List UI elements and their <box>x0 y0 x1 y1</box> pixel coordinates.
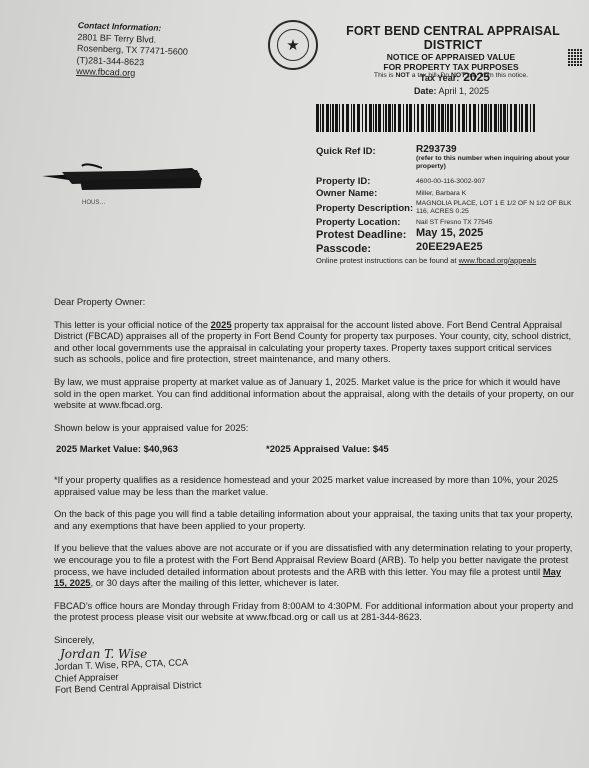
quick-ref-row: Quick Ref ID: R293739 (refer to this num… <box>316 146 586 172</box>
deadline-row: Protest Deadline: May 15, 2025 <box>316 229 586 241</box>
paragraph-office-hours: FBCAD’s office hours are Monday through … <box>54 600 574 623</box>
org-title: FORT BEND CENTRAL APPRAISAL DISTRICT <box>324 24 582 52</box>
barcode-icon <box>316 104 536 132</box>
online-protest-instructions: Online protest instructions can be found… <box>316 256 586 265</box>
description-row: Property Description: MAGNOLIA PLACE, LO… <box>316 200 586 217</box>
paragraph-shown-below: Shown below is your appraised value for … <box>54 422 574 434</box>
notice-date: Date: April 1, 2025 <box>414 86 489 96</box>
market-value: 2025 Market Value: $40,963 <box>56 444 266 456</box>
district-seal-icon: ★ <box>268 20 318 70</box>
redacted-address-tail: HOUS… <box>82 200 105 206</box>
tax-year: Tax Year:2025 <box>420 70 490 84</box>
paragraph-protest: If you believe that the values above are… <box>54 542 574 588</box>
description-label: Property Description: <box>316 200 416 214</box>
paragraph-market-value: By law, we must appraise property at mar… <box>54 376 574 411</box>
property-info: Quick Ref ID: R293739 (refer to this num… <box>316 146 586 265</box>
owner-value: Miller, Barbara K <box>416 188 466 200</box>
contact-website-link[interactable]: www.fbcad.org <box>76 66 187 81</box>
paragraph-back-of-page: On the back of this page you will find a… <box>54 508 574 531</box>
quick-ref-note: (refer to this number when inquiring abo… <box>416 155 586 172</box>
paragraph-notice: This letter is your official notice of t… <box>54 319 574 365</box>
contact-information: Contact Information: 2801 BF Terry Blvd.… <box>76 20 189 81</box>
property-id-value: 4600-00-116-3002-907 <box>416 176 485 188</box>
passcode-label: Passcode: <box>316 243 416 255</box>
appraisal-notice-page: Contact Information: 2801 BF Terry Blvd.… <box>0 0 589 768</box>
letter-body: Dear Property Owner: This letter is your… <box>54 296 574 696</box>
property-id-row: Property ID: 4600-00-116-3002-907 <box>316 176 586 188</box>
quick-ref-label: Quick Ref ID: <box>316 146 416 157</box>
owner-row: Owner Name: Miller, Barbara K <box>316 188 586 200</box>
redacted-mailing-address <box>42 162 202 194</box>
quick-ref-value: R293739 <box>416 146 586 155</box>
values-row: 2025 Market Value: $40,963 *2025 Apprais… <box>56 444 574 456</box>
paragraph-homestead-note: *If your property qualifies as a residen… <box>54 474 574 497</box>
star-icon: ★ <box>277 29 309 61</box>
location-label: Property Location: <box>316 217 416 228</box>
deadline-value: May 15, 2025 <box>416 229 483 238</box>
property-id-label: Property ID: <box>316 176 416 187</box>
description-value: MAGNOLIA PLACE, LOT 1 E 1/2 OF N 1/2 OF … <box>416 200 581 217</box>
owner-label: Owner Name: <box>316 188 416 199</box>
greeting: Dear Property Owner: <box>54 296 574 308</box>
appeals-link[interactable]: www.fbcad.org/appeals <box>459 256 537 265</box>
closing: Sincerely, <box>54 634 574 646</box>
deadline-label: Protest Deadline: <box>316 229 416 241</box>
notice-subtitle-1: NOTICE OF APPRAISED VALUE <box>320 52 582 62</box>
qr-code-icon <box>568 48 582 66</box>
passcode-value: 20EE29AE25 <box>416 243 483 252</box>
appraised-value: *2025 Appraised Value: $45 <box>266 444 389 456</box>
passcode-row: Passcode: 20EE29AE25 <box>316 243 586 255</box>
signature-block: Sincerely, Jordan T. Wise Jordan T. Wise… <box>54 634 574 696</box>
